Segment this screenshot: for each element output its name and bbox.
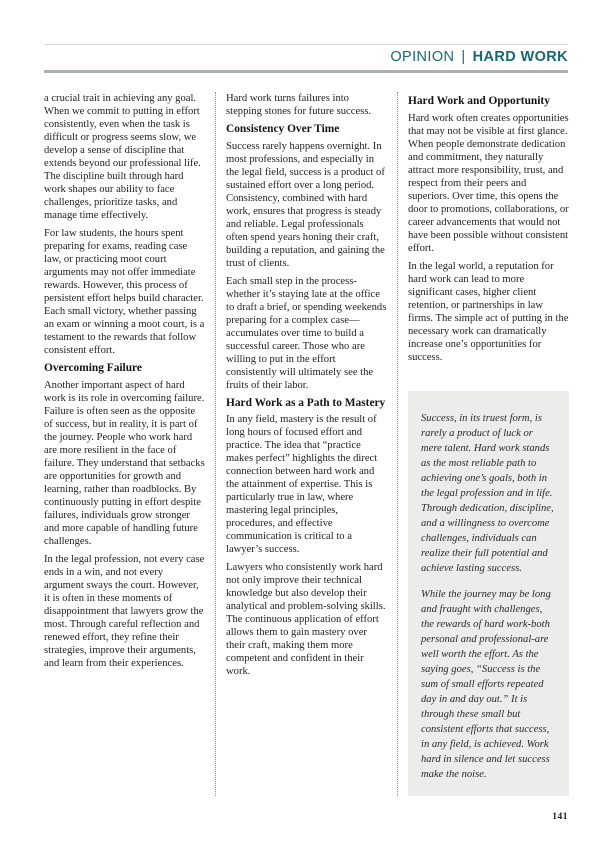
column-2: Hard work turns failures into stepping s… [226,92,387,796]
magazine-page: OPINION|HARD WORK a crucial trait in ach… [0,0,598,842]
body-paragraph: Success rarely happens overnight. In mos… [226,140,387,270]
body-paragraph: Each small step in the process-whether i… [226,275,387,392]
header-divider: | [461,49,465,65]
header-rule-thin [44,44,568,45]
body-paragraph: Another important aspect of hard work is… [44,379,205,548]
body-paragraph: In any field, mastery is the result of l… [226,413,387,556]
body-paragraph: a crucial trait in achieving any goal. W… [44,92,205,222]
section-heading: Overcoming Failure [44,362,205,376]
header-title: HARD WORK [473,49,568,65]
body-paragraph: Hard work turns failures into stepping s… [226,92,387,118]
column-3: Hard Work and OpportunityHard work often… [408,92,569,796]
section-heading: Hard Work as a Path to Mastery [226,397,387,411]
article-body: a crucial trait in achieving any goal. W… [44,92,568,796]
section-heading: Consistency Over Time [226,123,387,137]
body-paragraph: Lawyers who consistently work hard not o… [226,561,387,678]
column-separator-2 [397,92,398,796]
body-paragraph: Hard work often creates opportunities th… [408,112,569,255]
header-rule-thick [44,70,568,73]
page-header: OPINION|HARD WORK [44,48,568,66]
body-paragraph: In the legal profession, not every case … [44,553,205,670]
section-heading: Hard Work and Opportunity [408,95,569,109]
body-paragraph: For law students, the hours spent prepar… [44,227,205,357]
page-number: 141 [552,812,568,822]
quote-paragraph: Success, in its truest form, is rarely a… [421,411,556,576]
column-1: a crucial trait in achieving any goal. W… [44,92,205,796]
quote-paragraph: While the journey may be long and fraugh… [421,587,556,782]
column-separator-1 [215,92,216,796]
pull-quote-box: Success, in its truest form, is rarely a… [408,391,569,796]
header-section-label: OPINION [390,49,454,65]
body-paragraph: In the legal world, a reputation for har… [408,260,569,364]
